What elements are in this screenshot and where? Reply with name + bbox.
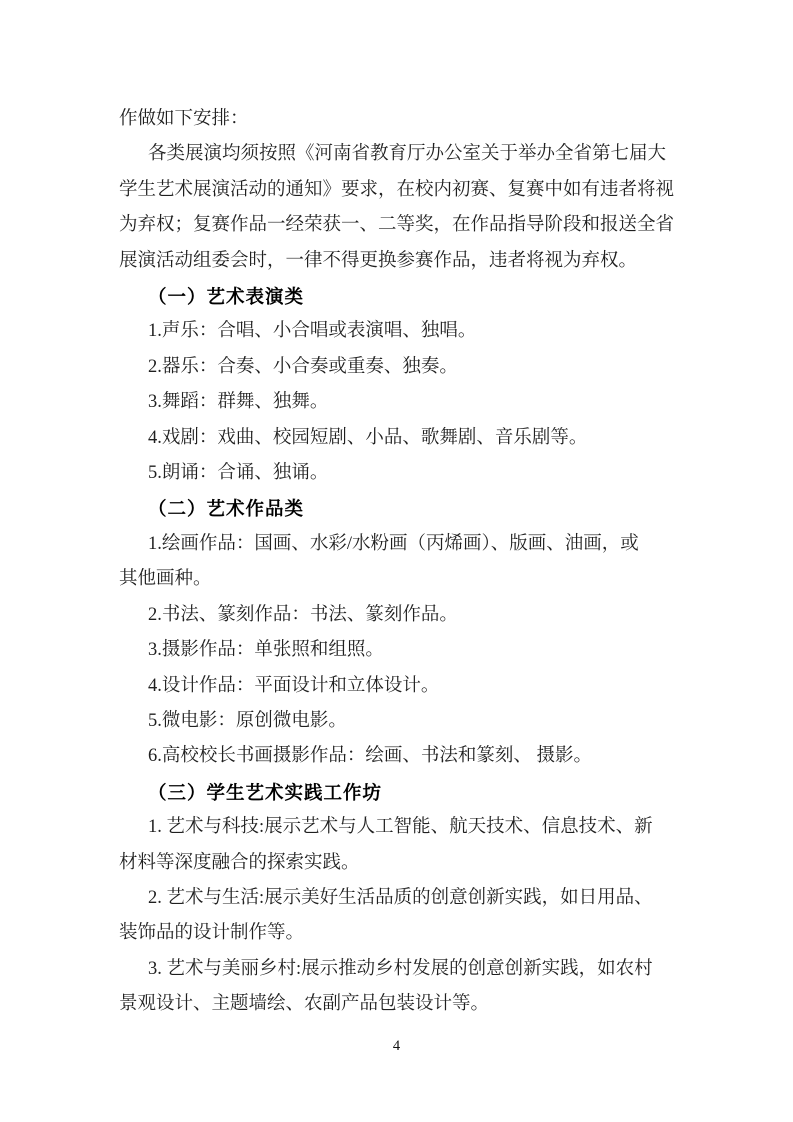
section-heading: （二）艺术作品类	[119, 491, 675, 526]
doc-line: 4.设计作品：平面设计和立体设计。	[119, 669, 675, 704]
section-heading: （三）学生艺术实践工作坊	[119, 775, 675, 810]
doc-line: 5.朗诵：合诵、独诵。	[119, 456, 675, 491]
doc-line: 2.书法、篆刻作品：书法、篆刻作品。	[119, 598, 675, 633]
document-body: 作做如下安排： 各类展演均须按照《河南省教育厅办公室关于举办全省第七届大 学生艺…	[119, 102, 675, 1023]
doc-line: 展演活动组委会时，一律不得更换参赛作品，违者将视为弃权。	[119, 244, 675, 279]
doc-line: 材料等深度融合的探索实践。	[119, 846, 675, 881]
doc-line: 景观设计、主题墙绘、农副产品包装设计等。	[119, 987, 675, 1022]
doc-line: 6.高校校长书画摄影作品：绘画、书法和篆刻、 摄影。	[119, 739, 675, 774]
page-number: 4	[0, 1038, 793, 1055]
doc-line: 1. 艺术与科技:展示艺术与人工智能、航天技术、信息技术、新	[119, 810, 675, 845]
doc-line: 学生艺术展演活动的通知》要求，在校内初赛、复赛中如有违者将视	[119, 173, 675, 208]
doc-line: 各类展演均须按照《河南省教育厅办公室关于举办全省第七届大	[119, 137, 675, 172]
doc-line: 为弃权；复赛作品一经荣获一、二等奖，在作品指导阶段和报送全省	[119, 208, 675, 243]
doc-line: 2. 艺术与生活:展示美好生活品质的创意创新实践，如日用品、	[119, 881, 675, 916]
doc-line: 作做如下安排：	[119, 102, 675, 137]
document-page: 作做如下安排： 各类展演均须按照《河南省教育厅办公室关于举办全省第七届大 学生艺…	[0, 0, 793, 1122]
doc-line: 1.声乐：合唱、小合唱或表演唱、独唱。	[119, 314, 675, 349]
doc-line: 3.舞蹈：群舞、独舞。	[119, 385, 675, 420]
doc-line: 3. 艺术与美丽乡村:展示推动乡村发展的创意创新实践，如农村	[119, 952, 675, 987]
doc-line: 5.微电影：原创微电影。	[119, 704, 675, 739]
doc-line: 4.戏剧：戏曲、校园短剧、小品、歌舞剧、音乐剧等。	[119, 421, 675, 456]
doc-line: 2.器乐：合奏、小合奏或重奏、独奏。	[119, 350, 675, 385]
doc-line: 3.摄影作品：单张照和组照。	[119, 633, 675, 668]
section-heading: （一）艺术表演类	[119, 279, 675, 314]
doc-line: 装饰品的设计制作等。	[119, 916, 675, 951]
doc-line: 其他画种。	[119, 562, 675, 597]
doc-line: 1.绘画作品：国画、水彩/水粉画（丙烯画）、版画、油画，或	[119, 527, 675, 562]
